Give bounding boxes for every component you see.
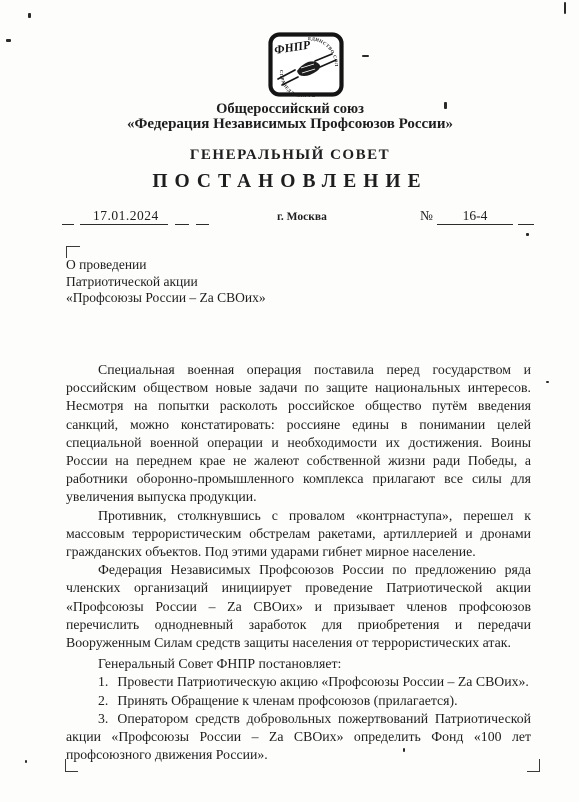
paragraph-3: Федерация Независимых Профсоюзов России … <box>66 561 531 652</box>
list-item-2: 2.Принять Обращение к членам профсоюзов … <box>66 692 531 710</box>
document-subject: О проведении Патриотической акции «Профс… <box>66 257 346 307</box>
paragraph-1: Специальная военная операция поставила п… <box>66 361 531 507</box>
resolution-intro: Генеральный Совет ФНПР постановляет: <box>66 655 531 673</box>
org-name-line2: «Федерация Независимых Профсоюзов России… <box>10 117 570 132</box>
number-sign: № <box>420 208 433 224</box>
scan-speck <box>526 233 529 236</box>
document-city: г. Москва <box>277 211 327 223</box>
org-name: Общероссийский союз «Федерация Независим… <box>10 102 570 131</box>
org-name-line1: Общероссийский союз <box>10 102 570 117</box>
list-item-3: 3.Оператором средств добровольных пожерт… <box>66 710 531 765</box>
council-title: ГЕНЕРАЛЬНЫЙ СОВЕТ <box>10 147 570 164</box>
item-text: Принять Обращение к членам профсоюзов (п… <box>117 693 457 708</box>
scan-speck <box>362 55 369 57</box>
date-underline-segment <box>196 224 209 225</box>
item-text: Провести Патриотическую акцию «Профсоюзы… <box>117 674 529 689</box>
list-item-1: 1.Провести Патриотическую акцию «Профсою… <box>66 673 531 691</box>
subject-line: О проведении <box>66 257 346 274</box>
scan-speck <box>28 13 31 18</box>
item-number: 1. <box>98 674 108 689</box>
item-text: Оператором средств добровольных пожертво… <box>66 711 531 762</box>
scan-speck <box>546 381 549 383</box>
document-body: Специальная военная операция поставила п… <box>66 361 531 764</box>
scan-speck <box>564 2 566 14</box>
fnpr-emblem-icon: ФНПР ЕДИНСТВО СОЛИДАРНОСТЬ СПРАВЕДЛИВОСТ… <box>268 32 344 97</box>
subject-line: Патриотической акции <box>66 274 346 291</box>
date-underline-segment <box>80 224 168 225</box>
scanned-document-page: { "doc": { "logo": { "abbr": "ФНПР", "ar… <box>0 0 579 802</box>
paragraph-2: Противник, столкнувшись с провалом «конт… <box>66 507 531 562</box>
subject-line: «Профсоюзы России – Za СВОих» <box>66 290 346 307</box>
scan-speck <box>25 760 27 763</box>
number-underline-segment <box>437 224 513 225</box>
document-number: 16-4 <box>437 208 513 224</box>
date-underline-segment <box>175 224 189 225</box>
document-type-title: ПОСТАНОВЛЕНИЕ <box>10 171 570 193</box>
fnpr-logo: ФНПР ЕДИНСТВО СОЛИДАРНОСТЬ СПРАВЕДЛИВОСТ… <box>268 32 344 97</box>
item-number: 3. <box>98 711 108 726</box>
scan-speck <box>6 39 11 42</box>
date-underline-segment <box>62 224 74 225</box>
item-number: 2. <box>98 693 108 708</box>
document-date: 17.01.2024 <box>93 208 159 224</box>
number-underline-segment <box>518 224 534 225</box>
